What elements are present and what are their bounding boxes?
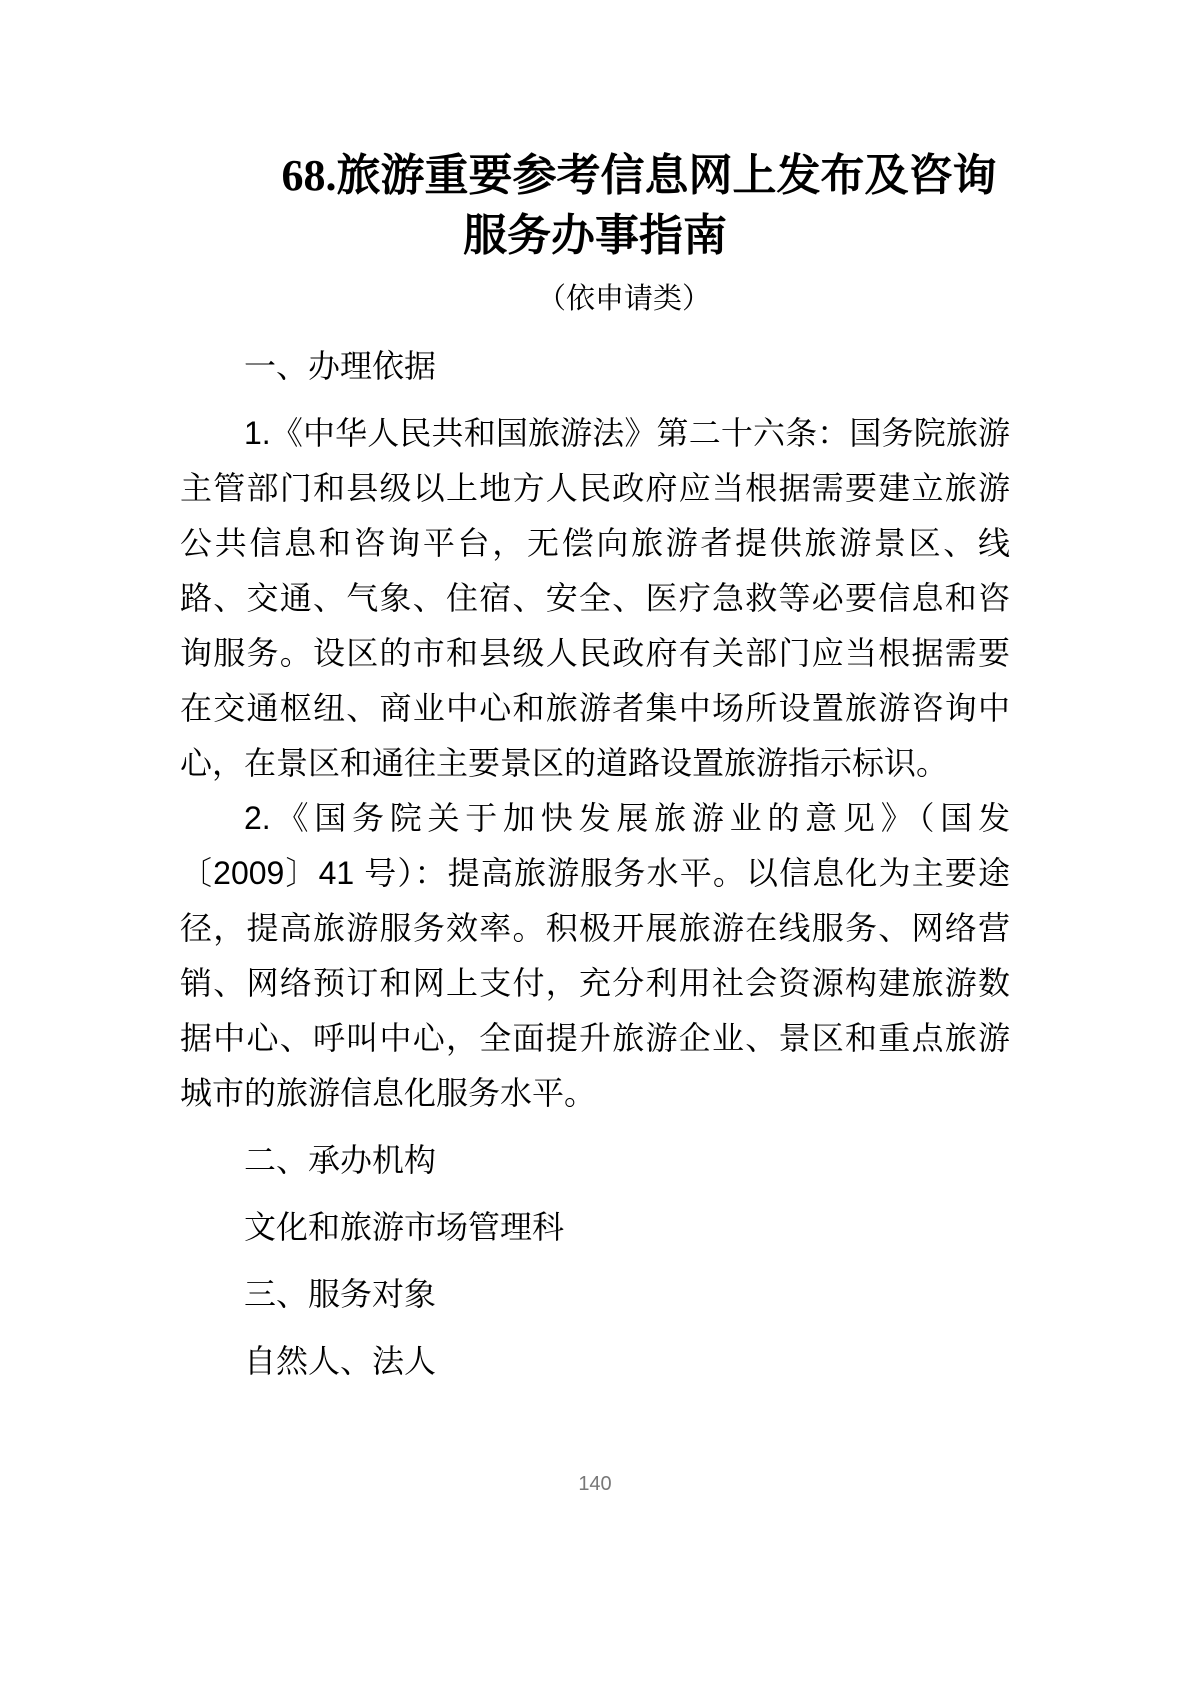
document-title: 68.旅游重要参考信息网上发布及咨询 服务办事指南 bbox=[0, 146, 1190, 266]
body-line: 自然人、法人 bbox=[180, 1334, 1010, 1389]
document-body: 一、办理依据1.《中华人民共和国旅游法》第二十六条：国务院旅游主管部门和县级以上… bbox=[0, 339, 1190, 1389]
page-footer: 140 bbox=[0, 1470, 1190, 1498]
section-heading: 二、承办机构 bbox=[180, 1133, 1010, 1188]
document-page: 68.旅游重要参考信息网上发布及咨询 服务办事指南 （依申请类） 一、办理依据1… bbox=[0, 0, 1190, 1683]
section-heading: 一、办理依据 bbox=[180, 339, 1010, 394]
title-line-1: 68.旅游重要参考信息网上发布及咨询 bbox=[0, 146, 1190, 206]
document-subtitle: （依申请类） bbox=[0, 272, 1190, 327]
page-number: 140 bbox=[578, 1473, 611, 1495]
section-heading: 三、服务对象 bbox=[180, 1267, 1010, 1322]
body-line: 文化和旅游市场管理科 bbox=[180, 1200, 1010, 1255]
body-paragraph: 1.《中华人民共和国旅游法》第二十六条：国务院旅游主管部门和县级以上地方人民政府… bbox=[180, 406, 1010, 791]
body-paragraph: 2.《国务院关于加快发展旅游业的意见》（国发〔2009〕41 号）：提高旅游服务… bbox=[180, 791, 1010, 1121]
title-line-2: 服务办事指南 bbox=[0, 206, 1190, 266]
document-header: 68.旅游重要参考信息网上发布及咨询 服务办事指南 （依申请类） bbox=[0, 0, 1190, 327]
